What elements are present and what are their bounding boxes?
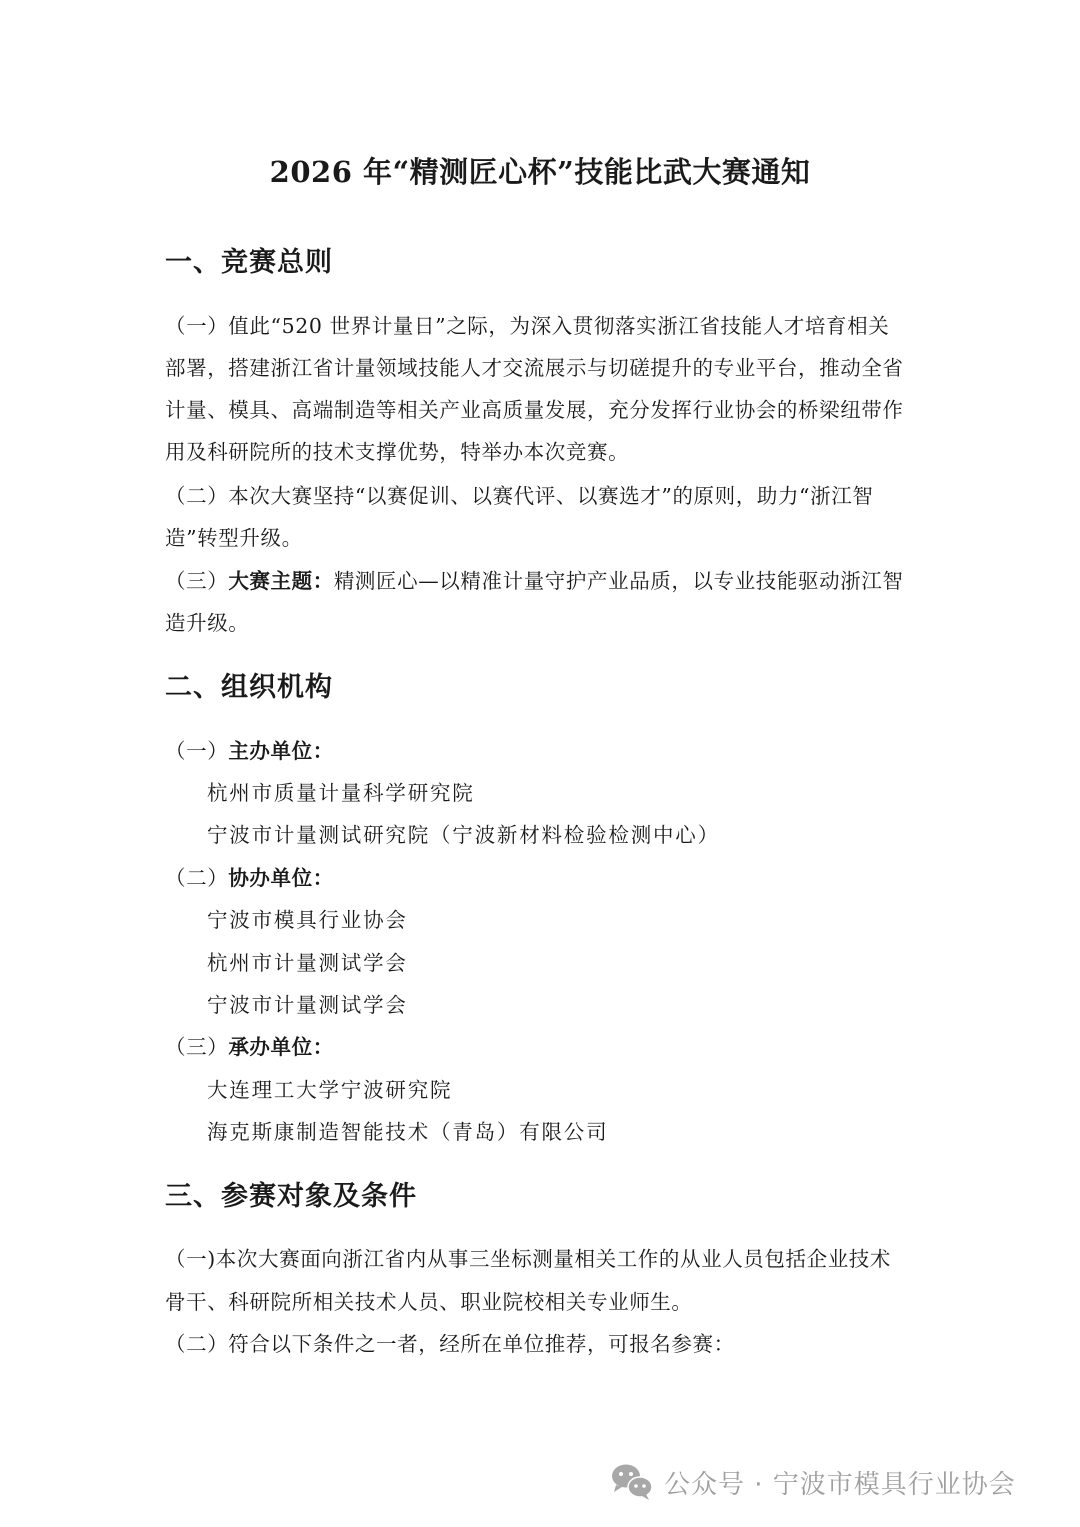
- para-4-line-1: （一)本次大赛面向浙江省内从事三坐标测量相关工作的从业人员包括企业技术: [165, 1242, 891, 1272]
- para-1-line-1: （一）值此“520 世界计量日”之际，为深入贯彻落实浙江省技能人才培育相关: [165, 309, 889, 339]
- group-prefix: （二）: [165, 866, 228, 890]
- document-title: 2026 年“精测匠心杯”技能比武大赛通知: [0, 150, 1080, 191]
- para-1-line-2: 部署，搭建浙江省计量领域技能人才交流展示与切磋提升的专业平台，推动全省: [165, 351, 904, 381]
- org-item: 宁波市模具行业协会: [207, 903, 408, 933]
- watermark-text: 公众号 · 宁波市模具行业协会: [664, 1464, 1016, 1501]
- theme-label: 大赛主题：: [228, 569, 334, 593]
- org-group-host: （一）主办单位：: [165, 734, 334, 764]
- wechat-icon: [610, 1462, 654, 1502]
- section-heading-organization: 二、组织机构: [165, 665, 333, 704]
- para-3-prefix: （三）: [165, 569, 228, 593]
- para-2-line-2: 造”转型升级。: [165, 521, 303, 551]
- org-item: 宁波市计量测试研究院（宁波新材料检验检测中心）: [207, 818, 720, 848]
- wechat-watermark: 公众号 · 宁波市模具行业协会: [610, 1462, 1016, 1502]
- org-group-co-organizer: （二）协办单位：: [165, 861, 334, 891]
- org-group-undertaker: （三）承办单位：: [165, 1030, 334, 1060]
- para-3-line-1: （三）大赛主题：精测匠心—以精准计量守护产业品质，以专业技能驱动浙江智: [165, 564, 904, 594]
- org-item: 宁波市计量测试学会: [207, 988, 408, 1018]
- theme-text: 精测匠心—以精准计量守护产业品质，以专业技能驱动浙江智: [334, 569, 904, 593]
- group-prefix: （一）: [165, 739, 228, 763]
- group-prefix: （三）: [165, 1035, 228, 1059]
- group-label: 主办单位：: [228, 739, 334, 763]
- org-item: 大连理工大学宁波研究院: [207, 1073, 452, 1103]
- para-3-line-2: 造升级。: [165, 606, 249, 636]
- para-1-line-4: 用及科研院所的技术支撑优势，特举办本次竞赛。: [165, 435, 629, 465]
- para-5-line-1: （二）符合以下条件之一者，经所在单位推荐，可报名参赛：: [165, 1327, 735, 1357]
- org-item: 海克斯康制造智能技术（青岛）有限公司: [207, 1115, 608, 1145]
- org-item: 杭州市质量计量科学研究院: [207, 776, 475, 806]
- para-1-line-3: 计量、模具、高端制造等相关产业高质量发展，充分发挥行业协会的桥梁纽带作: [165, 393, 904, 423]
- group-label: 协办单位：: [228, 866, 334, 890]
- section-heading-participants: 三、参赛对象及条件: [165, 1174, 417, 1213]
- document-page: 2026 年“精测匠心杯”技能比武大赛通知 一、竞赛总则 （一）值此“520 世…: [0, 0, 1080, 1527]
- org-item: 杭州市计量测试学会: [207, 946, 408, 976]
- group-label: 承办单位：: [228, 1035, 334, 1059]
- section-heading-general-rules: 一、竞赛总则: [165, 240, 333, 279]
- para-2-line-1: （二）本次大赛坚持“以赛促训、以赛代评、以赛选才”的原则，助力“浙江智: [165, 479, 873, 509]
- para-4-line-2: 骨干、科研院所相关技术人员、职业院校相关专业师生。: [165, 1285, 693, 1315]
